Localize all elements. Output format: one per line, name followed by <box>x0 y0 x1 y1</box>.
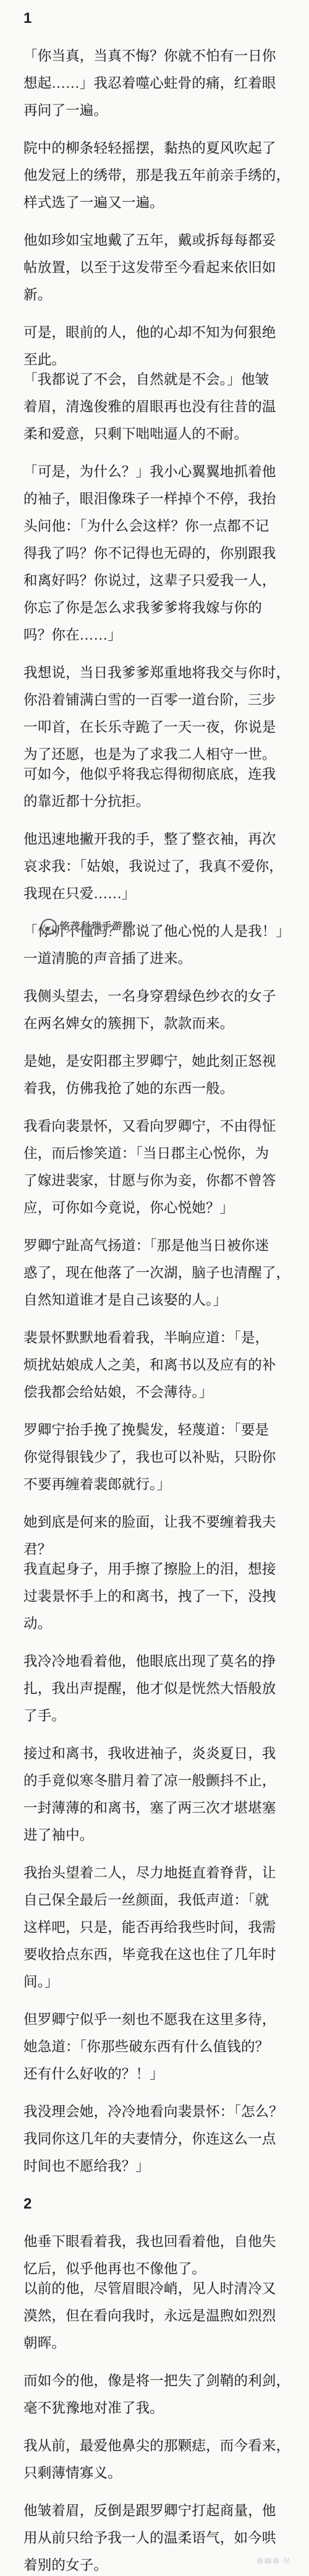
text-line: 罗卿宁趾高气扬道：「那是他当日被你迷 <box>23 1232 292 1260</box>
text-line: 烦扰姑娘成人之美，和离书以及应有的补 <box>23 1352 292 1379</box>
text-line: 我抬头望着二人，尽力地挺直着脊背，让 <box>23 1860 292 1887</box>
text-line: 她急道：「你那些破东西有什么值钱的？ <box>23 2033 292 2061</box>
text-line: 和离好吗？你说过，这辈子只爱我一人， <box>23 567 292 595</box>
text-line: 罗卿宁抬手挽了挽鬓发，轻蔑道：「要是 <box>23 1417 292 1444</box>
text-line: 接过和离书，我收进袖子，炎炎夏日，我 <box>23 1740 292 1767</box>
text-line: 可如今，他似乎将我忘得彻彻底底，连我 <box>23 761 292 788</box>
text-line: 裴景怀默默地看着我，半晌应道：「是， <box>23 1324 292 1352</box>
text-line: 我没理会她，冷冷地看向裴景怀：「怎么？ <box>23 2098 292 2126</box>
corner-watermark-glyph-icon <box>257 2558 263 2564</box>
paragraph: 他如珍如宝地戴了五年，戴或拆每每都妥帖放置，以至于这发带至今看起来依旧如新。 <box>23 227 292 309</box>
text-line: 而如今的他，像是将一把失了剑鞘的利剑， <box>23 2368 292 2395</box>
paragraph: 接过和离书，我收进袖子，炎炎夏日，我的手竟似寒冬腊月着了凉一般颤抖不止，一封薄薄… <box>23 1740 292 1849</box>
corner-watermark: ·M <box>257 2557 290 2564</box>
text-line: 「可是，为什么？」我小心翼翼地抓着他 <box>23 458 292 486</box>
text-line: 偿我都会给姑娘，不会薄待。」 <box>23 1379 292 1406</box>
text-line: 哀求我：「姑娘，我说过了，我真不爱你， <box>23 853 292 880</box>
text-line: 他皱着眉，反倒是跟罗卿宁打起商量，他 <box>23 2497 292 2525</box>
text-line: 动。 <box>23 1610 292 1638</box>
text-line: 是她，是安阳郡主罗卿宁，她此刻正怒视 <box>23 1048 292 1075</box>
text-line: 毫不犹豫地对准了我。 <box>23 2395 292 2422</box>
paragraph: 「我都说了不会，自然就是不会。」他皱着眉，清逸俊雅的眉眼再也没有往昔的温柔和爱意… <box>23 366 292 448</box>
text-line: 的袖子，眼泪像珠子一样掉个不停，我抬 <box>23 486 292 513</box>
text-line: 「你听不懂吗？都说了他心悦的人是我！」 铭茂科瑞手游网 <box>23 918 292 945</box>
text-line: 只剩薄情寡义。 <box>23 2460 292 2487</box>
text-line: 住，而后惨笑道：「当日郡主心悦你，为 <box>23 1140 292 1167</box>
paragraph: 以前的他，尽管眉眼冷峭，见人时清冷又漠然，但在看向我时，永远是温煦如烈烈朝晖。 <box>23 2275 292 2357</box>
paragraph: 而如今的他，像是将一把失了剑鞘的利剑，毫不犹豫地对准了我。 <box>23 2368 292 2422</box>
text-line: 你沿着铺满白雪的一百零一道台阶，三步 <box>23 687 292 714</box>
paragraph: 「你当真，当真不悔？你就不怕有一日你想起……」我忍着噬心蛀骨的痛，红着眼再问了一… <box>23 43 292 124</box>
text-line: 自己保全最后一丝颜面，我低声道：「就 <box>23 1887 292 1914</box>
text-line: 着眉，清逸俊雅的眉眼再也没有往昔的温 <box>23 393 292 421</box>
paragraph: 我侧头望去，一名身穿碧绿色纱衣的女子在两名婢女的簇拥下，款款而来。 <box>23 983 292 1037</box>
text-line: 头问他：「为什么会这样？你一点都不记 <box>23 513 292 540</box>
text-line: 我从前，最爱他鼻尖的那颗痣，而今看来， <box>23 2432 292 2460</box>
text-line: 我看向裴景怀，又看向罗卿宁，不由得怔 <box>23 1113 292 1140</box>
text-line: 我侧头望去，一名身穿碧绿色纱衣的女子 <box>23 983 292 1010</box>
text-line: 帖放置，以至于这发带至今看起来依旧如 <box>23 254 292 281</box>
text-line: 了手。 <box>23 1702 292 1730</box>
corner-watermark-text: ·M <box>281 2557 290 2564</box>
text-line: 他迅速地撇开我的手，整了整衣袖，再次 <box>23 826 292 853</box>
paragraph: 我直起身子，用手擦了擦脸上的泪，想接过裴景怀手上的和离书，拽了一下，没拽动。 <box>23 1556 292 1638</box>
text-line: 应，可你如今竟说，你心悦她？」 <box>23 1195 292 1222</box>
text-line: 你觉得银钱少了，我也可以补贴，只盼你 <box>23 1444 292 1471</box>
text-line: 在两名婢女的簇拥下，款款而来。 <box>23 1010 292 1037</box>
text-line: 进了袖中。 <box>23 1822 292 1849</box>
text-line: 这样吧，只是，能否再给我些时间，我需 <box>23 1914 292 1941</box>
paragraph: 院中的柳条轻轻摇摆，黏热的夏风吹起了他发冠上的绣带，那是我五年前亲手绣的，样式选… <box>23 135 292 217</box>
paragraph: 他垂下眼看着我，我也回看着他，自他失忆后，似乎他再也不像他了。 <box>23 2228 292 2283</box>
text-line: 他垂下眼看着我，我也回看着他，自他失 <box>23 2228 292 2256</box>
novel-text-page: { "page": { "background_color": "#fafaf8… <box>0 0 309 2576</box>
text-line: 惑了，现在他落了一次湖，脑子也清醒了， <box>23 1260 292 1287</box>
text-line: 我现在只爱……」 <box>23 880 292 908</box>
corner-watermark-glyph-icon <box>265 2558 271 2564</box>
section-heading: 2 <box>23 2191 292 2218</box>
text-line: 2 <box>23 2191 292 2218</box>
corner-watermark-glyph-icon <box>273 2558 279 2564</box>
text-line: 还有什么好收的？！」 <box>23 2061 292 2088</box>
site-watermark: 铭茂科瑞手游网 <box>41 919 133 935</box>
text-line: 的手竟似寒冬腊月着了凉一般颤抖不止， <box>23 1767 292 1795</box>
text-line: 一道清脆的声音插了进来。 <box>23 945 292 972</box>
text-line: 朝晖。 <box>23 2330 292 2357</box>
paragraph: 罗卿宁抬手挽了挽鬓发，轻蔑道：「要是你觉得银钱少了，我也可以补贴，只盼你不要再缠… <box>23 1417 292 1498</box>
text-line: 我直起身子，用手擦了擦脸上的泪，想接 <box>23 1556 292 1583</box>
paragraph: 我从前，最爱他鼻尖的那颗痣，而今看来，只剩薄情寡义。 <box>23 2432 292 2487</box>
corner-watermark-glyphs <box>257 2558 279 2564</box>
text-line: 漠然，但在看向我时，永远是温煦如烈烈 <box>23 2303 292 2330</box>
text-line: 的靠近都十分抗拒。 <box>23 788 292 815</box>
section-heading: 1 <box>23 5 292 32</box>
paragraph: 「你听不懂吗？都说了他心悦的人是我！」 铭茂科瑞手游网 一道清脆的声音插了进来。 <box>23 918 292 972</box>
text-line: 我冷冷地看着他，他眼底出现了莫名的挣 <box>23 1648 292 1675</box>
paragraph: 我冷冷地看着他，他眼底出现了莫名的挣扎，我出声提醒，他才似是恍然大悟般放了手。 <box>23 1648 292 1730</box>
text-line: 她到底是何来的脸面，让我不要缠着我夫 <box>23 1509 292 1536</box>
text-line: 用从前只给予我一人的温柔语气，如今哄 <box>23 2525 292 2552</box>
document-body: 1「你当真，当真不悔？你就不怕有一日你想起……」我忍着噬心蛀骨的痛，红着眼再问了… <box>0 0 309 2576</box>
game-site-logo-icon <box>41 919 57 935</box>
paragraph: 她到底是何来的脸面，让我不要缠着我夫君？ <box>23 1509 292 1563</box>
paragraph: 我看向裴景怀，又看向罗卿宁，不由得怔住，而后惨笑道：「当日郡主心悦你，为了嫁进裴… <box>23 1113 292 1222</box>
paragraph: 他皱着眉，反倒是跟罗卿宁打起商量，他用从前只给予我一人的温柔语气，如今哄着别的女… <box>23 2497 292 2576</box>
text-line: 得我了吗？你不记得也无碍的，你别跟我 <box>23 540 292 567</box>
text-line: 着别的女子。 <box>23 2552 292 2576</box>
text-line: 扎，我出声提醒，他才似是恍然大悟般放 <box>23 1675 292 1702</box>
text-line: 以前的他，尽管眉眼冷峭，见人时清冷又 <box>23 2275 292 2303</box>
text-line: 我同你这几年的夫妻情分，你连这么一点 <box>23 2126 292 2153</box>
text-line: 自然知道谁才是自己该娶的人。」 <box>23 1287 292 1314</box>
text-line: 他发冠上的绣带，那是我五年前亲手绣的， <box>23 162 292 189</box>
text-line: 可是，眼前的人，他的心却不知为何狠绝 <box>23 319 292 346</box>
paragraph: 罗卿宁趾高气扬道：「那是他当日被你迷惑了，现在他落了一次湖，脑子也清醒了，自然知… <box>23 1232 292 1314</box>
text-line: 一叩首，在长乐寺跪了一天一夜，你说是 <box>23 714 292 741</box>
text-line: 「你当真，当真不悔？你就不怕有一日你 <box>23 43 292 70</box>
text-line: 但罗卿宁似乎一刻也不愿我在这里多待， <box>23 2006 292 2033</box>
text-line: 着我，仿佛我抢了她的东西一般。 <box>23 1075 292 1102</box>
text-line: 一封薄薄的和离书，塞了两三次才堪堪塞 <box>23 1795 292 1822</box>
paragraph: 可是，眼前的人，他的心却不知为何狠绝至此。 <box>23 319 292 374</box>
text-line: 间。」 <box>23 1968 292 1996</box>
text-line: 我想说，当日我爹爹郑重地将我交与你时， <box>23 659 292 687</box>
site-watermark-text: 铭茂科瑞手游网 <box>60 922 133 932</box>
text-line: 不要再缠着裴郎就行。」 <box>23 1471 292 1498</box>
paragraph: 他迅速地撇开我的手，整了整衣袖，再次哀求我：「姑娘，我说过了，我真不爱你，我现在… <box>23 826 292 908</box>
text-line: 柔和爱意，只剩下咄咄逼人的不耐。 <box>23 421 292 448</box>
text-line: 「我都说了不会，自然就是不会。」他皱 <box>23 366 292 393</box>
text-line: 时间也不愿给我？」 <box>23 2153 292 2180</box>
text-line: 1 <box>23 5 292 32</box>
text-line: 吗？你在……」 <box>23 622 292 649</box>
text-line: 你忘了你是怎么求我爹爹将我嫁与你的 <box>23 595 292 622</box>
paragraph: 可如今，他似乎将我忘得彻彻底底，连我的靠近都十分抗拒。 <box>23 761 292 815</box>
paragraph: 我抬头望着二人，尽力地挺直着脊背，让自己保全最后一丝颜面，我低声道：「就这样吧，… <box>23 1860 292 1996</box>
paragraph: 我没理会她，冷冷地看向裴景怀：「怎么？我同你这几年的夫妻情分，你连这么一点时间也… <box>23 2098 292 2180</box>
text-line: 新。 <box>23 281 292 309</box>
text-line: 他如珍如宝地戴了五年，戴或拆每每都妥 <box>23 227 292 254</box>
paragraph: 我想说，当日我爹爹郑重地将我交与你时，你沿着铺满白雪的一百零一道台阶，三步一叩首… <box>23 659 292 768</box>
text-line: 院中的柳条轻轻摇摆，黏热的夏风吹起了 <box>23 135 292 162</box>
text-line: 了嫁进裴家，甘愿与你为妾，你都不曾答 <box>23 1167 292 1195</box>
text-line: 过裴景怀手上的和离书，拽了一下，没拽 <box>23 1583 292 1610</box>
text-line: 想起……」我忍着噬心蛀骨的痛，红着眼 <box>23 70 292 97</box>
text-line: 要收拾点东西，毕竟我在这也住了几年时 <box>23 1941 292 1968</box>
paragraph: 「可是，为什么？」我小心翼翼地抓着他的袖子，眼泪像珠子一样掉个不停，我抬头问他：… <box>23 458 292 649</box>
paragraph: 但罗卿宁似乎一刻也不愿我在这里多待，她急道：「你那些破东西有什么值钱的？还有什么… <box>23 2006 292 2088</box>
paragraph: 裴景怀默默地看着我，半晌应道：「是，烦扰姑娘成人之美，和离书以及应有的补偿我都会… <box>23 1324 292 1406</box>
paragraph: 是她，是安阳郡主罗卿宁，她此刻正怒视着我，仿佛我抢了她的东西一般。 <box>23 1048 292 1102</box>
text-line: 再问了一遍。 <box>23 97 292 124</box>
text-line: 样式选了一遍又一遍。 <box>23 189 292 217</box>
